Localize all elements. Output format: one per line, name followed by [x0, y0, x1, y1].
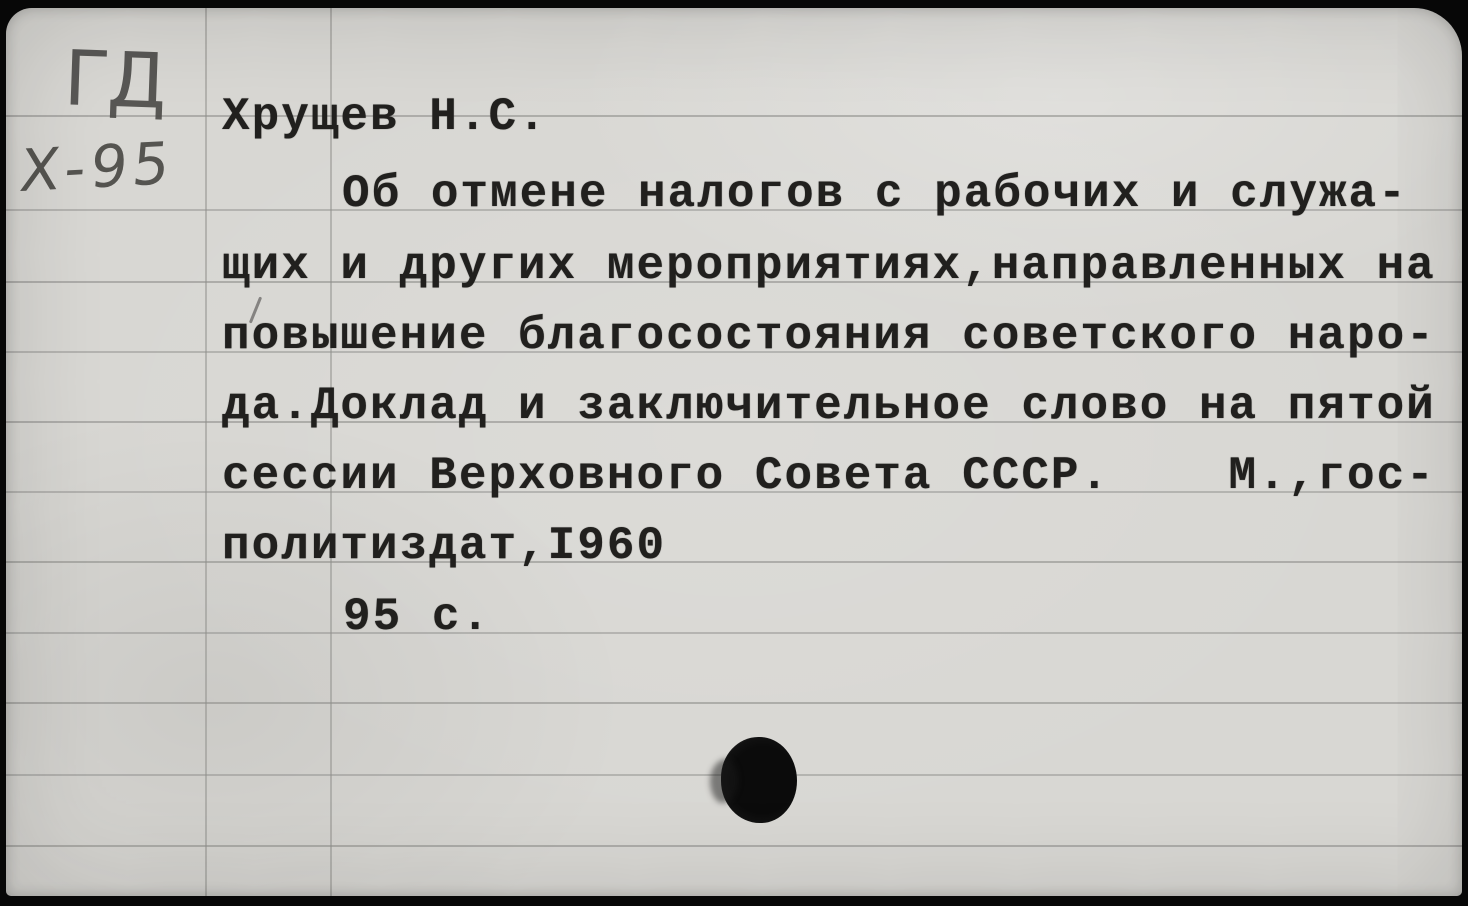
title-line-3: повышение благосостояния советского наро… — [222, 313, 1436, 359]
ruled-line — [6, 845, 1462, 847]
author-line: Хрущев Н.С. — [222, 94, 548, 140]
title-line-6: политиздат,I960 — [222, 523, 666, 569]
call-number-class: ГД — [63, 40, 165, 119]
photo-background: ГД Х-95 Хрущев Н.С. Об отмене налогов с … — [0, 0, 1468, 906]
title-line-1: Об отмене налогов с рабочих и служа- — [342, 171, 1408, 217]
call-number: Х-95 — [18, 134, 177, 200]
ruled-line — [6, 632, 1462, 634]
punch-hole-dot — [721, 737, 797, 823]
title-line-2: щих и других мероприятиях,направленных н… — [222, 243, 1436, 289]
margin-line — [205, 8, 207, 896]
title-line-5: сессии Верховного Совета СССР. М.,гос- — [222, 453, 1436, 499]
catalog-card: ГД Х-95 Хрущев Н.С. Об отмене налогов с … — [6, 8, 1462, 896]
title-line-4: да.Доклад и заключительное слово на пято… — [222, 383, 1436, 429]
ruled-line — [6, 702, 1462, 704]
pagination-line: 95 с. — [343, 594, 491, 640]
